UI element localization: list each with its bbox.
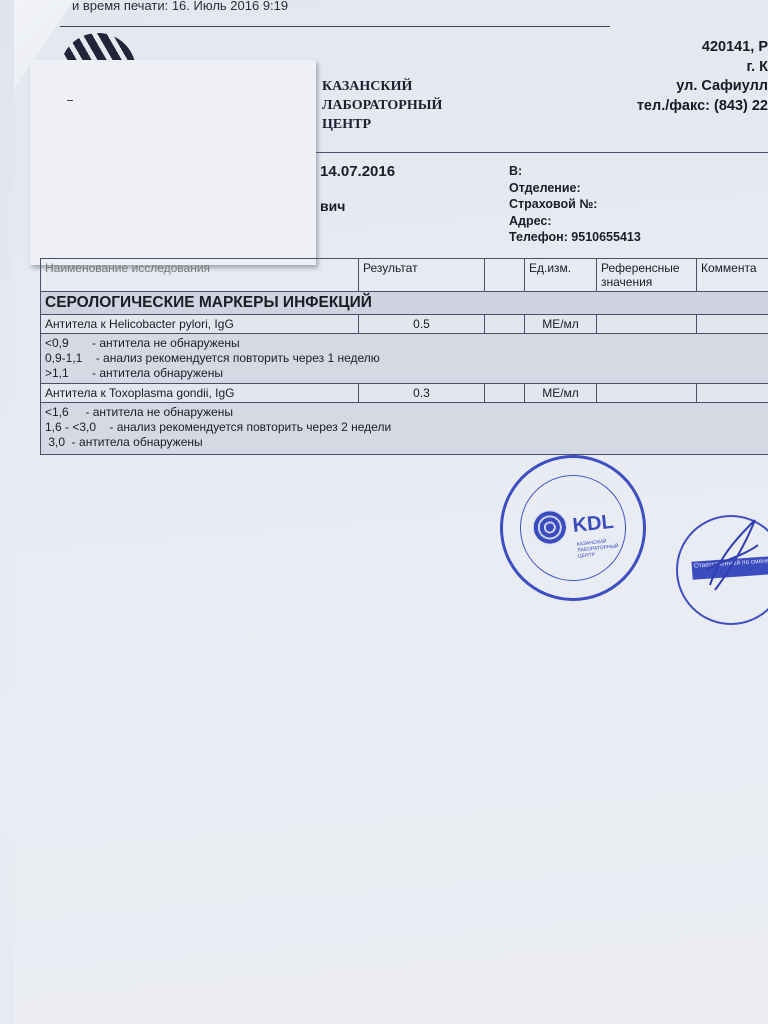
address-line: тел./факс: (843) 22 — [637, 97, 768, 117]
address-line: ул. Сафиулл — [637, 77, 768, 97]
test-name: Антитела к Toxoplasma gondii, IgG — [41, 384, 359, 403]
comment-cell — [697, 315, 768, 334]
reference-line: 3,0 - антитела обнаружены — [45, 435, 768, 450]
reference-line: >1,1 - антитела обнаружены — [45, 366, 768, 381]
reference-line: <0,9 - антитела не обнаружены — [45, 336, 768, 351]
table-row: Антитела к Toxoplasma gondii, IgG 0.3 МЕ… — [41, 384, 768, 403]
stamp-logo: KDL — [572, 511, 615, 538]
address-line: 420141, Р — [637, 38, 768, 58]
reference-line: 1,6 - <3,0 - анализ рекомендуется повтор… — [45, 420, 768, 435]
blank-cell — [485, 315, 525, 334]
reference-notes-row: <1,6 - антитела не обнаружены 1,6 - <3,0… — [41, 403, 768, 455]
reference-notes: <1,6 - антитела не обнаружены 1,6 - <3,0… — [41, 403, 768, 455]
redaction-paper — [30, 60, 316, 265]
org-name-line: ЛАБОРАТОРНЫЙ — [322, 96, 442, 115]
reference-notes-row: <0,9 - антитела не обнаружены 0,9-1,1 - … — [41, 334, 768, 384]
reference-notes: <0,9 - антитела не обнаружены 0,9-1,1 - … — [41, 334, 768, 384]
blank-cell — [485, 384, 525, 403]
sample-date: 14.07.2016 — [320, 163, 395, 180]
field-insurance: Страховой №: — [509, 196, 641, 213]
org-address: 420141, Р г. К ул. Сафиулл тел./факс: (8… — [637, 38, 768, 116]
header-reference: Референсные значения — [597, 259, 697, 292]
section-title: СЕРОЛОГИЧЕСКИЕ МАРКЕРЫ ИНФЕКЦИЙ — [41, 292, 768, 315]
divider — [60, 26, 610, 27]
org-name: КАЗАНСКИЙ ЛАБОРАТОРНЫЙ ЦЕНТР — [322, 77, 442, 134]
field-phone: Телефон: 9510655413 — [509, 229, 641, 246]
section-row: СЕРОЛОГИЧЕСКИЕ МАРКЕРЫ ИНФЕКЦИЙ — [41, 292, 768, 315]
table-row: Антитела к Helicobacter pylori, IgG 0.5 … — [41, 315, 768, 334]
test-name: Антитела к Helicobacter pylori, IgG — [41, 315, 359, 334]
test-result: 0.3 — [359, 384, 485, 403]
comment-cell — [697, 384, 768, 403]
divider — [316, 152, 768, 153]
patient-name-fragment: вич — [320, 198, 345, 214]
org-name-line: ЦЕНТР — [322, 115, 442, 134]
reference-cell — [597, 315, 697, 334]
field-department: Отделение: — [509, 180, 641, 197]
address-line: г. К — [637, 58, 768, 78]
field-in: В: — [509, 163, 641, 180]
header-comment: Коммента — [697, 259, 768, 292]
header-unit: Ед.изм. — [525, 259, 597, 292]
reference-line: <1,6 - антитела не обнаружены — [45, 405, 768, 420]
reference-line: 0,9-1,1 - анализ рекомендуется повторить… — [45, 351, 768, 366]
results-table: Наименование исследования Результат Ед.и… — [40, 258, 768, 455]
print-timestamp: и время печати: 16. Июль 2016 9:19 — [72, 0, 288, 13]
field-address: Адрес: — [509, 213, 641, 230]
test-result: 0.5 — [359, 315, 485, 334]
test-unit: МЕ/мл — [525, 384, 597, 403]
header-blank — [485, 259, 525, 292]
header-result: Результат — [359, 259, 485, 292]
org-name-line: КАЗАНСКИЙ — [322, 77, 442, 96]
table-header-row: Наименование исследования Результат Ед.и… — [41, 259, 768, 292]
patient-info: В: Отделение: Страховой №: Адрес: Телефо… — [509, 163, 641, 246]
test-unit: МЕ/мл — [525, 315, 597, 334]
header-test-name: Наименование исследования — [41, 259, 359, 292]
signature-icon — [700, 515, 760, 595]
reference-cell — [597, 384, 697, 403]
